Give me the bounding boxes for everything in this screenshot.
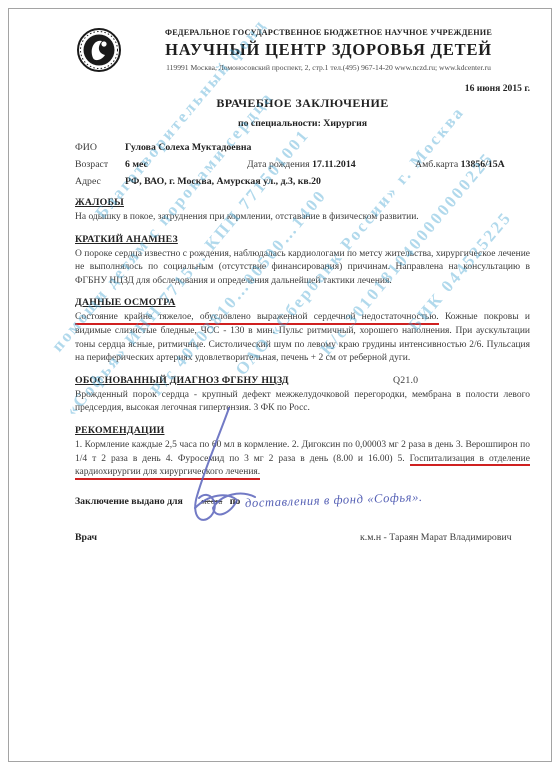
page-border: ФЕДЕРАЛЬНОЕ ГОСУДАРСТВЕННОЕ БЮДЖЕТНОЕ НА… [8, 8, 552, 762]
card-cell: Амб.карта 13856/15А [415, 158, 530, 171]
dob-cell: Дата рождения 17.11.2014 [247, 158, 415, 171]
handwritten-note: доставления в фонд «Софья». [244, 490, 422, 511]
letterhead: ФЕДЕРАЛЬНОЕ ГОСУДАРСТВЕННОЕ БЮДЖЕТНОЕ НА… [75, 19, 530, 76]
patient-address: РФ, ВАО, г. Москва, Амурская ул., д.3, к… [125, 175, 530, 188]
section-exam-body: Состояние крайне тяжелое, обусловлено вы… [75, 311, 530, 365]
dob-label: Дата рождения [247, 159, 310, 170]
letterhead-text: ФЕДЕРАЛЬНОЕ ГОСУДАРСТВЕННОЕ БЮДЖЕТНОЕ НА… [123, 19, 530, 72]
section-complaints-heading: ЖАЛОБЫ [75, 197, 530, 208]
conclusion-issued-label: Заключение выдано для [75, 496, 183, 507]
scanned-document-page: ФЕДЕРАЛЬНОЕ ГОСУДАРСТВЕННОЕ БЮДЖЕТНОЕ НА… [0, 0, 560, 770]
patient-age: 6 мес [125, 158, 247, 171]
document-subtitle: по специальности: Хирургия [75, 118, 530, 129]
section-anamnesis-heading: КРАТКИЙ АНАМНЕЗ [75, 234, 530, 245]
fio-label: ФИО [75, 141, 125, 154]
patient-dob: 17.11.2014 [312, 159, 356, 170]
section-diagnosis-body: Врожденный порок сердца - крупный дефект… [75, 389, 530, 416]
exam-highlighted-sentence: Состояние крайне тяжелое, обусловлено вы… [75, 312, 439, 325]
section-exam-heading: ДАННЫЕ ОСМОТРА [75, 297, 530, 308]
signoff-row: Врач к.м.н - Тараян Марат Владимирович [75, 532, 530, 546]
section-recommendations-body: 1. Кормление каждые 2,5 часа по 60 мл в … [75, 439, 530, 480]
conclusion-issued-line: Заключение выдано для места по доставлен… [75, 493, 530, 508]
card-label: Амб.карта [415, 159, 458, 170]
doctor-name: к.м.н - Тараян Марат Владимирович [360, 532, 512, 543]
document-title: ВРАЧЕБНОЕ ЗАКЛЮЧЕНИЕ [75, 96, 530, 111]
org-logo-icon [75, 24, 123, 76]
section-anamnesis-body: О пороке сердца известно с рождения, наб… [75, 248, 530, 289]
document-date: 16 июня 2015 г. [75, 83, 530, 94]
org-contacts: 119991 Москва, Ломоносовский проспект, 2… [127, 63, 530, 72]
patient-card-number: 13856/15А [461, 159, 505, 170]
patient-info-block: ФИО Гулова Солеха Муктадоевна Возраст 6 … [75, 141, 530, 188]
document-content: ФЕДЕРАЛЬНОЕ ГОСУДАРСТВЕННОЕ БЮДЖЕТНОЕ НА… [75, 19, 530, 761]
icd-code: Q21.0 [393, 375, 418, 386]
address-label: Адрес [75, 175, 125, 188]
org-name: НАУЧНЫЙ ЦЕНТР ЗДОРОВЬЯ ДЕТЕЙ [127, 40, 530, 60]
section-complaints-body: На одышку в покое, затруднения при кормл… [75, 211, 530, 225]
age-label: Возраст [75, 158, 125, 171]
section-diagnosis-heading-row: ОБОСНОВАННЫЙ ДИАГНОЗ ФГБНУ НЦЗД Q21.0 [75, 375, 530, 386]
doctor-signature [169, 404, 264, 529]
doctor-label: Врач [75, 532, 97, 543]
section-diagnosis-heading: ОБОСНОВАННЫЙ ДИАГНОЗ ФГБНУ НЦЗД [75, 375, 289, 386]
section-recommendations-heading: РЕКОМЕНДАЦИИ [75, 425, 530, 436]
patient-name: Гулова Солеха Муктадоевна [125, 141, 530, 154]
org-type: ФЕДЕРАЛЬНОЕ ГОСУДАРСТВЕННОЕ БЮДЖЕТНОЕ НА… [127, 28, 530, 37]
